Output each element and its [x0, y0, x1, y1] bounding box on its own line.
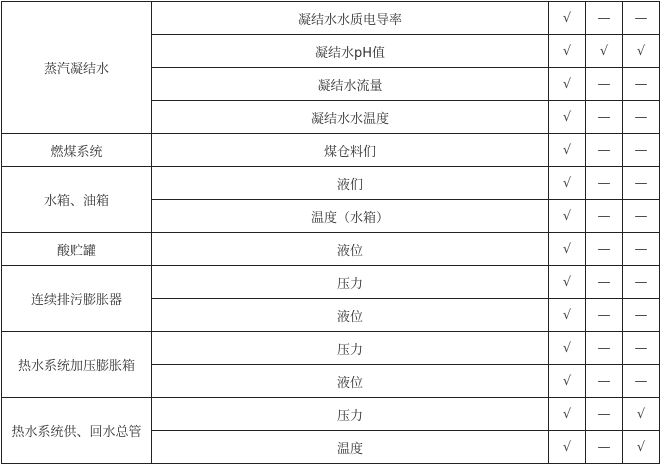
mark-cell: —	[623, 299, 660, 332]
check-mark: √	[600, 44, 608, 59]
mark-cell: —	[623, 68, 660, 101]
dash-mark: —	[635, 209, 648, 224]
table-row: 连续排污膨胀器 压力 √ — —	[2, 266, 660, 299]
mark-cell: —	[623, 332, 660, 365]
dash-mark: —	[598, 11, 611, 26]
item-cell: 煤仓料们	[152, 134, 549, 167]
mark-cell: —	[623, 101, 660, 134]
mark-cell: —	[586, 266, 623, 299]
table-row: 热水系统加压膨胀箱 压力 √ — —	[2, 332, 660, 365]
dash-mark: —	[598, 275, 611, 290]
dash-mark: —	[635, 11, 648, 26]
mark-cell: √	[549, 266, 586, 299]
mark-cell: —	[623, 200, 660, 233]
check-mark: √	[563, 341, 571, 356]
mark-cell: —	[586, 68, 623, 101]
mark-cell: —	[623, 233, 660, 266]
check-mark: √	[563, 440, 571, 455]
mark-cell: —	[586, 134, 623, 167]
item-cell: 液位	[152, 365, 549, 398]
table-row: 蒸汽凝结水 凝结水水质电导率 √ — —	[2, 2, 660, 35]
mark-cell: √	[549, 233, 586, 266]
mark-cell: —	[623, 266, 660, 299]
item-cell: 凝结水水温度	[152, 101, 549, 134]
check-mark: √	[563, 11, 571, 26]
dash-mark: —	[635, 110, 648, 125]
mark-cell: —	[623, 134, 660, 167]
system-cell: 热水系统加压膨胀箱	[2, 332, 152, 398]
item-cell: 压力	[152, 266, 549, 299]
item-cell: 压力	[152, 332, 549, 365]
mark-cell: √	[549, 200, 586, 233]
check-mark: √	[563, 374, 571, 389]
system-cell: 连续排污膨胀器	[2, 266, 152, 332]
dash-mark: —	[635, 308, 648, 323]
mark-cell: —	[586, 2, 623, 35]
monitoring-parameters-table: 蒸汽凝结水 凝结水水质电导率 √ — — 凝结水pH值 √ √ √ 凝结水流量 …	[1, 1, 660, 464]
item-cell: 凝结水pH值	[152, 35, 549, 68]
dash-mark: —	[598, 407, 611, 422]
item-cell: 凝结水流量	[152, 68, 549, 101]
check-mark: √	[563, 275, 571, 290]
dash-mark: —	[598, 440, 611, 455]
mark-cell: √	[549, 2, 586, 35]
dash-mark: —	[598, 77, 611, 92]
check-mark: √	[637, 440, 645, 455]
mark-cell: √	[549, 365, 586, 398]
mark-cell: √	[623, 431, 660, 464]
mark-cell: —	[623, 365, 660, 398]
check-mark: √	[563, 143, 571, 158]
item-cell: 压力	[152, 398, 549, 431]
dash-mark: —	[635, 341, 648, 356]
check-mark: √	[563, 242, 571, 257]
dash-mark: —	[635, 143, 648, 158]
item-cell: 液位	[152, 299, 549, 332]
table-row: 燃煤系统 煤仓料们 √ — —	[2, 134, 660, 167]
check-mark: √	[563, 308, 571, 323]
system-cell: 酸贮罐	[2, 233, 152, 266]
mark-cell: —	[586, 299, 623, 332]
check-mark: √	[563, 44, 571, 59]
mark-cell: —	[586, 332, 623, 365]
dash-mark: —	[598, 374, 611, 389]
table-row: 水箱、油箱 液们 √ — —	[2, 167, 660, 200]
system-cell: 水箱、油箱	[2, 167, 152, 233]
dash-mark: —	[598, 341, 611, 356]
mark-cell: √	[549, 299, 586, 332]
mark-cell: √	[586, 35, 623, 68]
item-cell: 温度（水箱）	[152, 200, 549, 233]
item-cell: 凝结水水质电导率	[152, 2, 549, 35]
system-cell: 蒸汽凝结水	[2, 2, 152, 134]
check-mark: √	[637, 407, 645, 422]
check-mark: √	[563, 77, 571, 92]
mark-cell: √	[549, 398, 586, 431]
mark-cell: —	[586, 233, 623, 266]
check-mark: √	[563, 209, 571, 224]
mark-cell: √	[549, 35, 586, 68]
check-mark: √	[637, 44, 645, 59]
table-row: 酸贮罐 液位 √ — —	[2, 233, 660, 266]
mark-cell: √	[549, 167, 586, 200]
mark-cell: —	[623, 2, 660, 35]
mark-cell: √	[623, 398, 660, 431]
dash-mark: —	[598, 176, 611, 191]
item-cell: 液们	[152, 167, 549, 200]
dash-mark: —	[635, 77, 648, 92]
mark-cell: √	[623, 35, 660, 68]
dash-mark: —	[598, 242, 611, 257]
dash-mark: —	[635, 242, 648, 257]
item-cell: 温度	[152, 431, 549, 464]
table-row: 热水系统供、回水总管 压力 √ — √	[2, 398, 660, 431]
mark-cell: —	[586, 365, 623, 398]
mark-cell: —	[586, 167, 623, 200]
mark-cell: √	[549, 431, 586, 464]
mark-cell: —	[623, 167, 660, 200]
mark-cell: —	[586, 431, 623, 464]
dash-mark: —	[598, 110, 611, 125]
item-cell: 液位	[152, 233, 549, 266]
mark-cell: √	[549, 68, 586, 101]
dash-mark: —	[635, 176, 648, 191]
dash-mark: —	[635, 275, 648, 290]
dash-mark: —	[598, 209, 611, 224]
dash-mark: —	[635, 374, 648, 389]
mark-cell: √	[549, 332, 586, 365]
dash-mark: —	[598, 143, 611, 158]
mark-cell: —	[586, 200, 623, 233]
mark-cell: —	[586, 101, 623, 134]
mark-cell: √	[549, 101, 586, 134]
system-cell: 热水系统供、回水总管	[2, 398, 152, 464]
system-cell: 燃煤系统	[2, 134, 152, 167]
check-mark: √	[563, 110, 571, 125]
check-mark: √	[563, 407, 571, 422]
mark-cell: —	[586, 398, 623, 431]
check-mark: √	[563, 176, 571, 191]
dash-mark: —	[598, 308, 611, 323]
mark-cell: √	[549, 134, 586, 167]
